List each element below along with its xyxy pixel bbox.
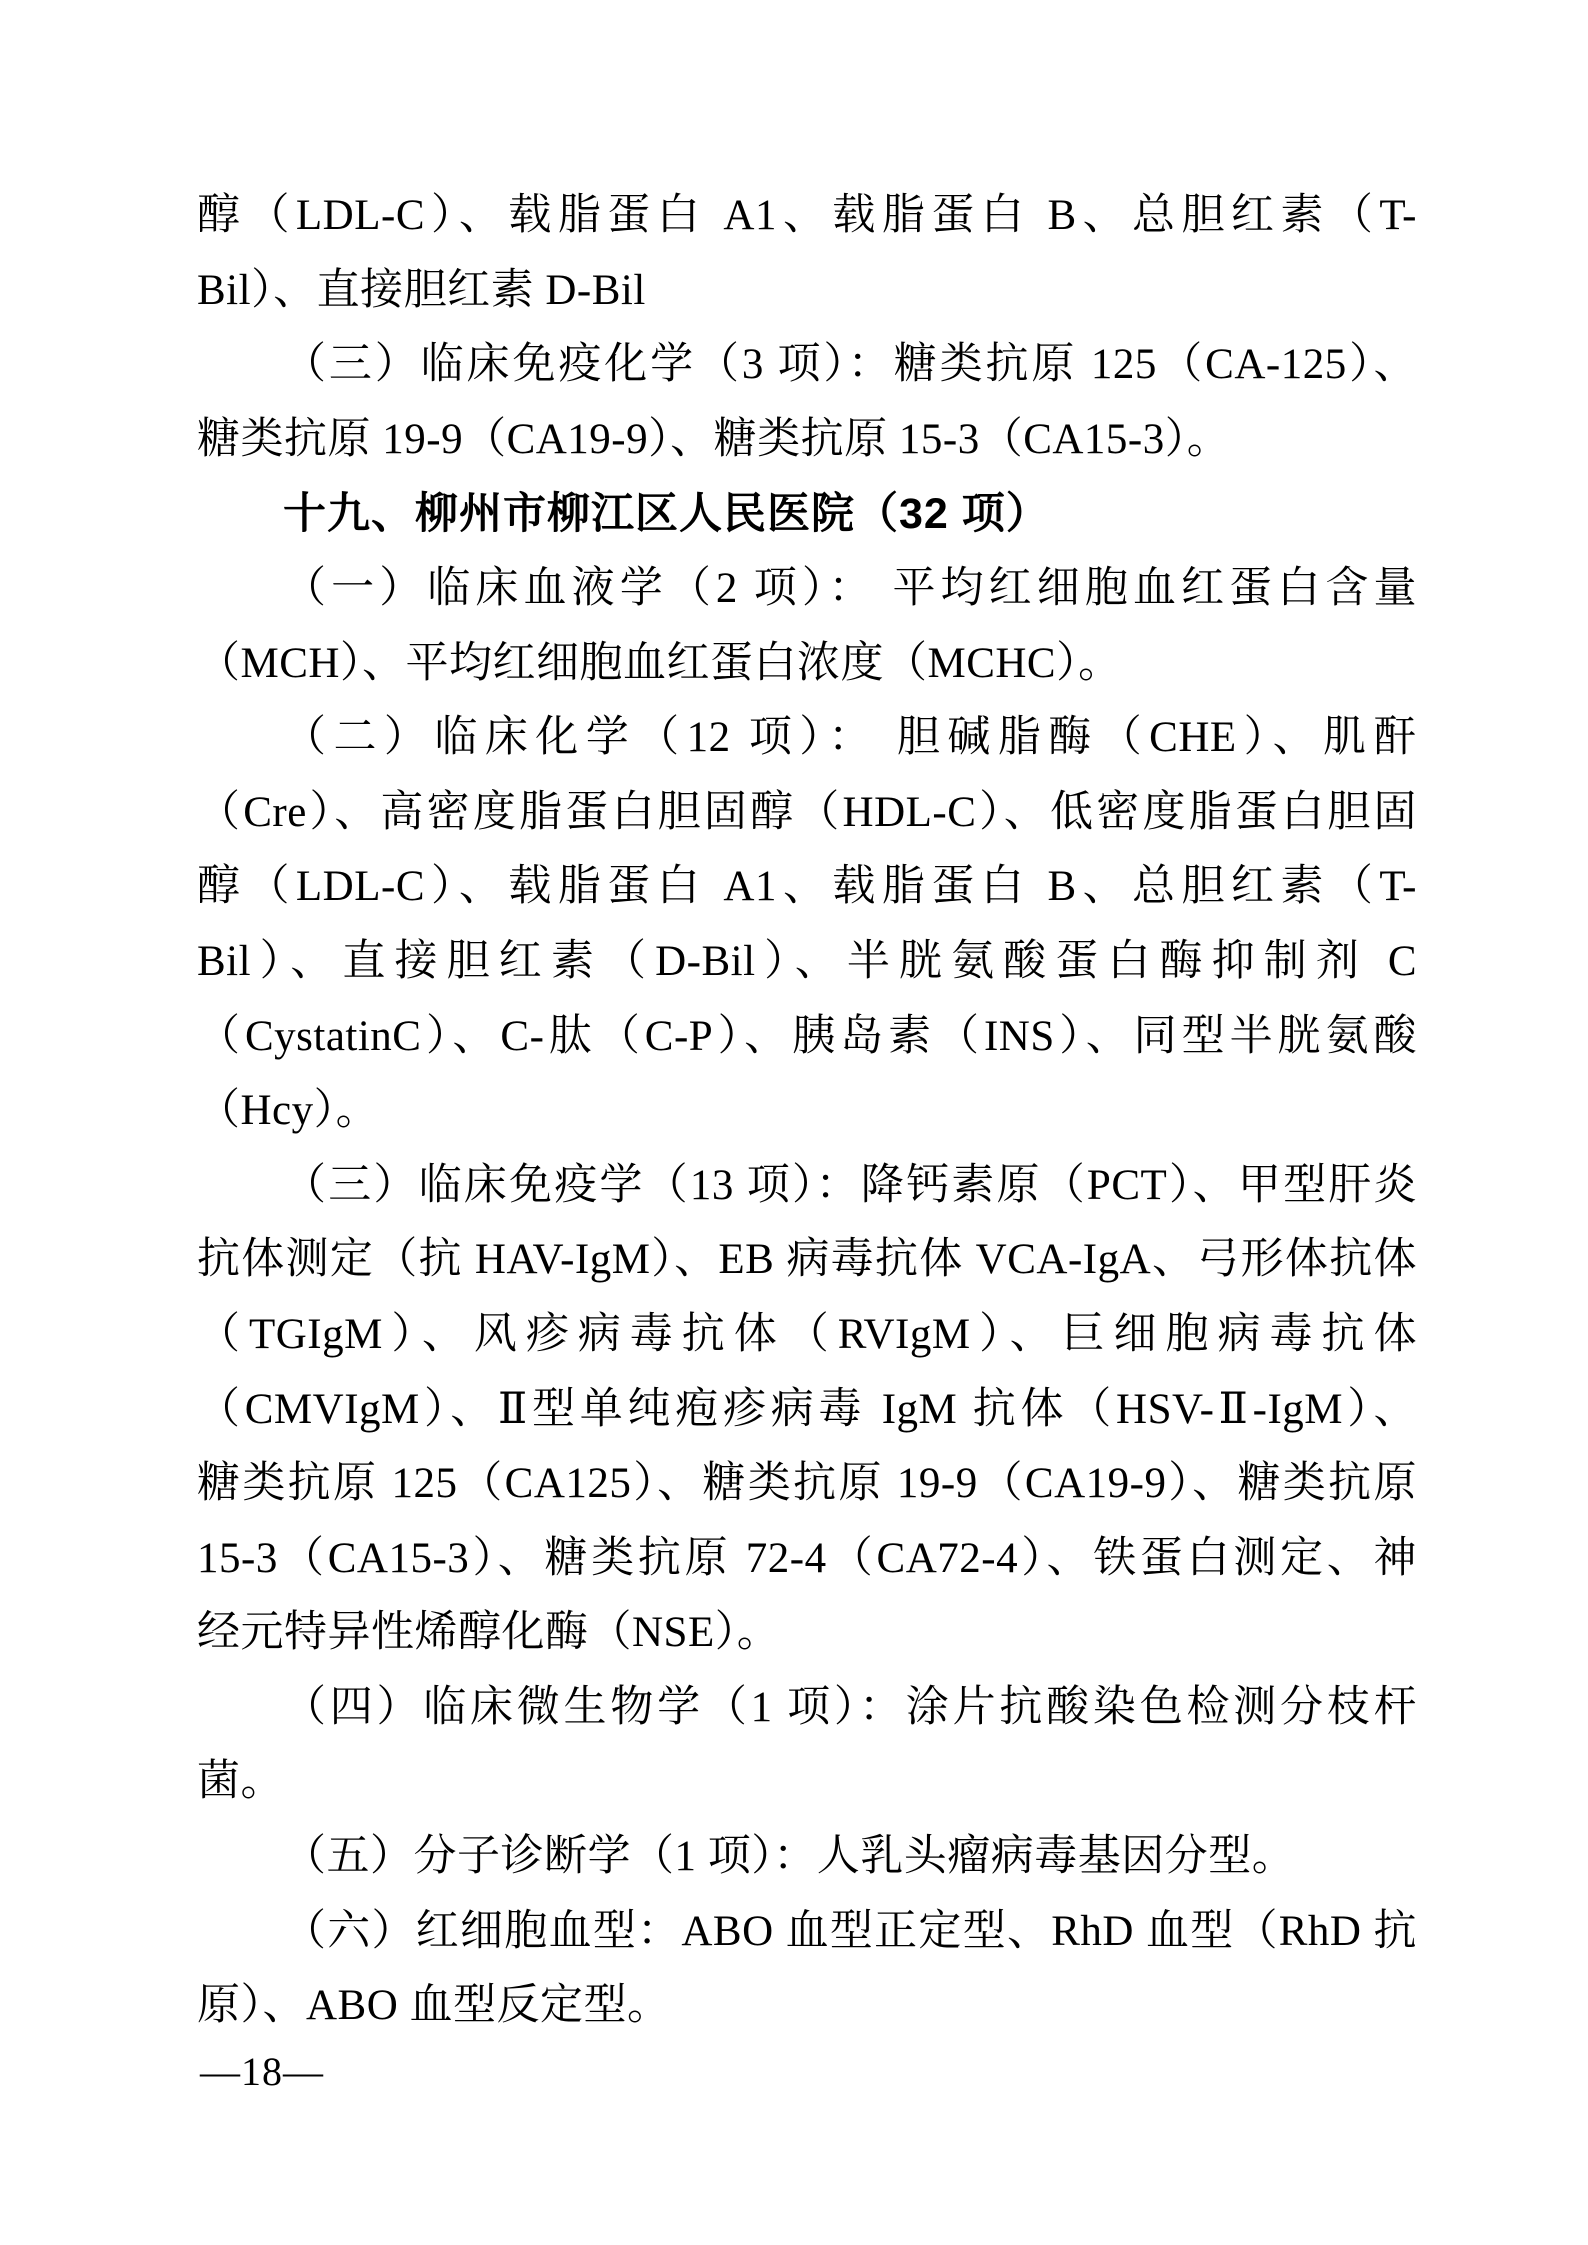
page-number: —18—: [200, 2046, 324, 2098]
text-line: （五）分子诊断学（1 项）：人乳头瘤病毒基因分型。: [197, 1820, 1417, 1895]
text-line: 15-3（CA15-3）、糖类抗原 72-4（CA72-4）、铁蛋白测定、神: [197, 1522, 1417, 1597]
text-line: （MCH）、平均红细胞血红蛋白浓度（MCHC）。: [197, 627, 1417, 702]
text-line: Bil）、直接胆红素 D-Bil: [197, 254, 1417, 329]
text-line: （三）临床免疫学（13 项）：降钙素原（PCT）、甲型肝炎: [197, 1149, 1417, 1224]
text-line: 糖类抗原 125（CA125）、糖类抗原 19-9（CA19-9）、糖类抗原: [197, 1447, 1417, 1522]
section-heading: 十九、柳州市柳江区人民医院（32 项）: [197, 477, 1417, 552]
text-line: （TGIgM）、风疹病毒抗体（RVIgM）、巨细胞病毒抗体: [197, 1298, 1417, 1373]
text-line: （三）临床免疫化学（3 项）：糖类抗原 125（CA-125）、: [197, 328, 1417, 403]
text-line: 醇（LDL-C）、载脂蛋白 A1、载脂蛋白 B、总胆红素（T-: [197, 179, 1417, 254]
text-line: Bil）、直接胆红素（D-Bil）、半胱氨酸蛋白酶抑制剂 C: [197, 925, 1417, 1000]
document-body: 醇（LDL-C）、载脂蛋白 A1、载脂蛋白 B、总胆红素（T- Bil）、直接胆…: [197, 179, 1417, 2044]
text-line: （CMVIgM）、Ⅱ型单纯疱疹病毒 IgM 抗体（HSV-Ⅱ-IgM）、: [197, 1373, 1417, 1448]
text-line: （六）红细胞血型：ABO 血型正定型、RhD 血型（RhD 抗: [197, 1895, 1417, 1970]
text-line: 原）、ABO 血型反定型。: [197, 1969, 1417, 2044]
text-line: 糖类抗原 19-9（CA19-9）、糖类抗原 15-3（CA15-3）。: [197, 403, 1417, 478]
text-line: （二）临床化学（12 项）： 胆碱脂酶（CHE）、肌酐: [197, 701, 1417, 776]
text-line: （四）临床微生物学（1 项）：涂片抗酸染色检测分枝杆: [197, 1671, 1417, 1746]
text-line: 菌。: [197, 1745, 1417, 1820]
text-line: 经元特异性烯醇化酶（NSE）。: [197, 1596, 1417, 1671]
text-line: 抗体测定（抗 HAV-IgM）、EB 病毒抗体 VCA-IgA、弓形体抗体: [197, 1223, 1417, 1298]
document-page: 醇（LDL-C）、载脂蛋白 A1、载脂蛋白 B、总胆红素（T- Bil）、直接胆…: [0, 0, 1588, 2245]
text-line: 醇（LDL-C）、载脂蛋白 A1、载脂蛋白 B、总胆红素（T-: [197, 850, 1417, 925]
text-line: （Cre）、高密度脂蛋白胆固醇（HDL-C）、低密度脂蛋白胆固: [197, 776, 1417, 851]
text-line: （CystatinC）、C-肽（C-P）、胰岛素（INS）、同型半胱氨酸: [197, 1000, 1417, 1075]
text-line: （一）临床血液学（2 项）： 平均红细胞血红蛋白含量: [197, 552, 1417, 627]
text-line: （Hcy）。: [197, 1074, 1417, 1149]
